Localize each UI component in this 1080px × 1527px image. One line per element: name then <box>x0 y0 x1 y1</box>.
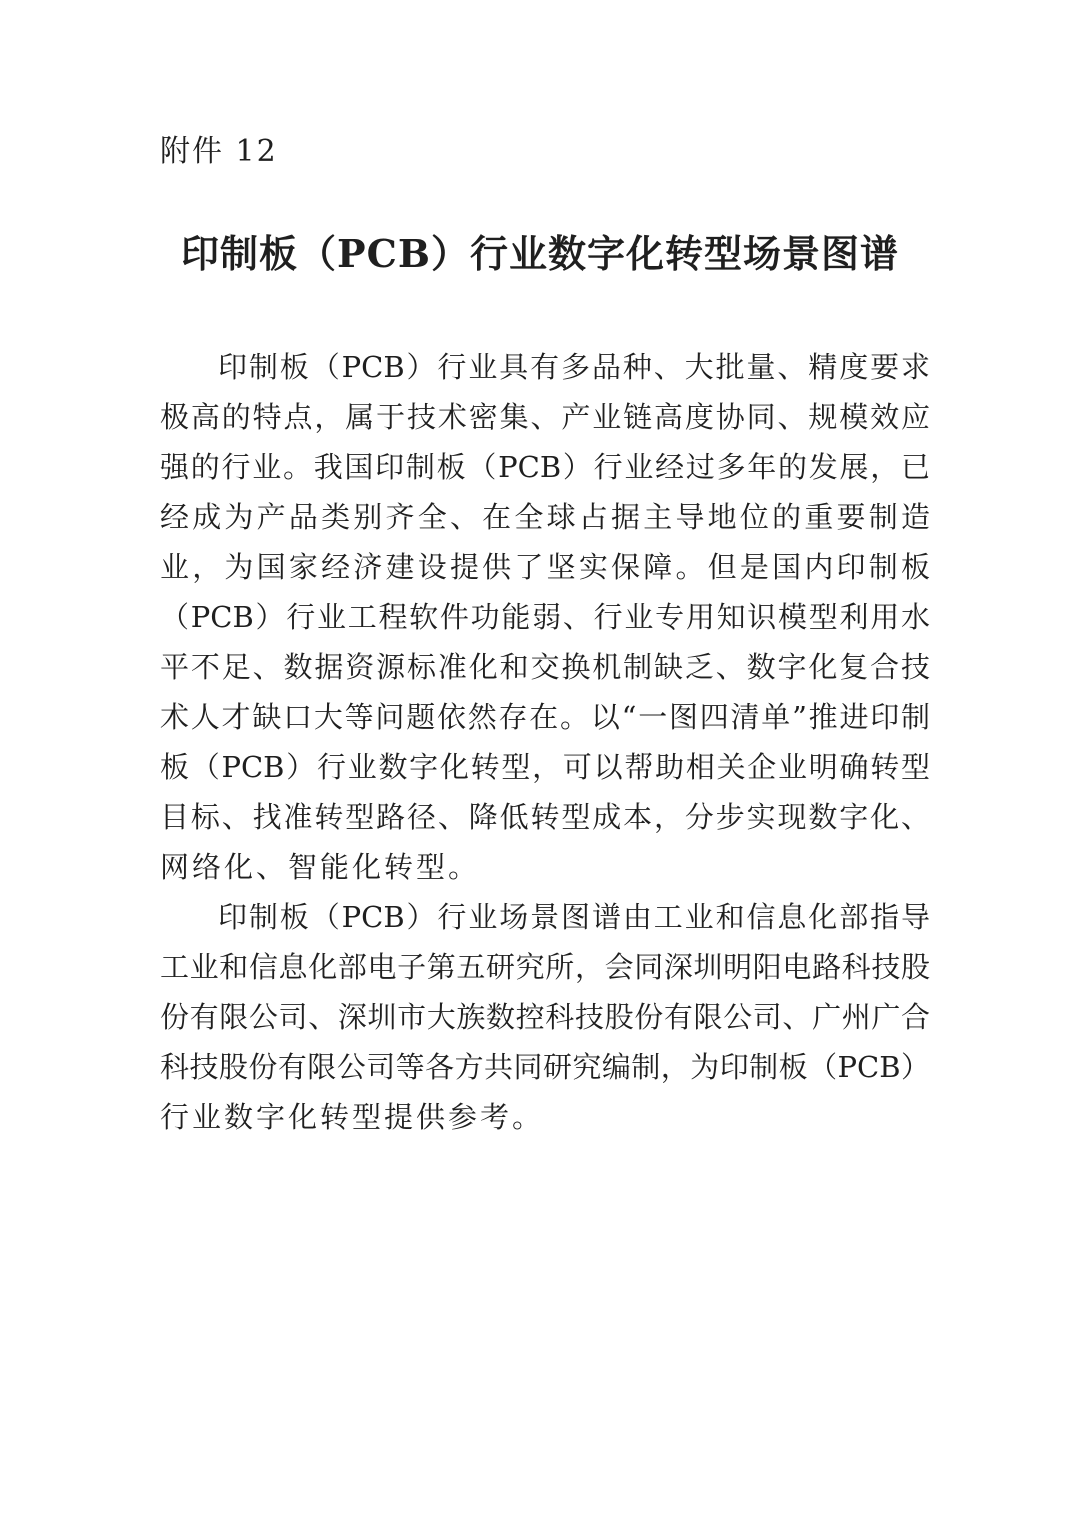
text-line: 经成为产品类别齐全、在全球占据主导地位的重要制造 <box>160 492 930 542</box>
text-line: （PCB）行业工程软件功能弱、行业专用知识模型利用水 <box>160 592 930 642</box>
text-line: 板（PCB）行业数字化转型，可以帮助相关企业明确转型 <box>160 742 930 792</box>
paragraph-1: 印制板（PCB）行业具有多品种、大批量、精度要求 极高的特点，属于技术密集、产业… <box>160 342 930 892</box>
text-line: 份有限公司、深圳市大族数控科技股份有限公司、广州广合 <box>160 992 930 1042</box>
text-line: 目标、找准转型路径、降低转型成本，分步实现数字化、 <box>160 792 930 842</box>
paragraph-2: 印制板（PCB）行业场景图谱由工业和信息化部指导 工业和信息化部电子第五研究所，… <box>160 892 930 1142</box>
text-line: 印制板（PCB）行业具有多品种、大批量、精度要求 <box>160 342 930 392</box>
text-line: 科技股份有限公司等各方共同研究编制，为印制板（PCB） <box>160 1042 930 1092</box>
text-line: 强的行业。我国印制板（PCB）行业经过多年的发展，已 <box>160 442 930 492</box>
text-line: 网络化、智能化转型。 <box>160 842 930 892</box>
attachment-label: 附件 12 <box>160 133 278 171</box>
text-line: 印制板（PCB）行业场景图谱由工业和信息化部指导 <box>160 892 930 942</box>
document-page: 附件 12 印制板（PCB）行业数字化转型场景图谱 印制板（PCB）行业具有多品… <box>0 0 1080 1527</box>
document-body: 印制板（PCB）行业具有多品种、大批量、精度要求 极高的特点，属于技术密集、产业… <box>160 342 930 1142</box>
text-line: 业，为国家经济建设提供了坚实保障。但是国内印制板 <box>160 542 930 592</box>
text-line: 平不足、数据资源标准化和交换机制缺乏、数字化复合技 <box>160 642 930 692</box>
text-line: 极高的特点，属于技术密集、产业链高度协同、规模效应 <box>160 392 930 442</box>
text-line: 术人才缺口大等问题依然存在。以“一图四清单”推进印制 <box>160 692 930 742</box>
text-line: 工业和信息化部电子第五研究所，会同深圳明阳电路科技股 <box>160 942 930 992</box>
text-line: 行业数字化转型提供参考。 <box>160 1092 930 1142</box>
document-title: 印制板（PCB）行业数字化转型场景图谱 <box>0 228 1080 280</box>
